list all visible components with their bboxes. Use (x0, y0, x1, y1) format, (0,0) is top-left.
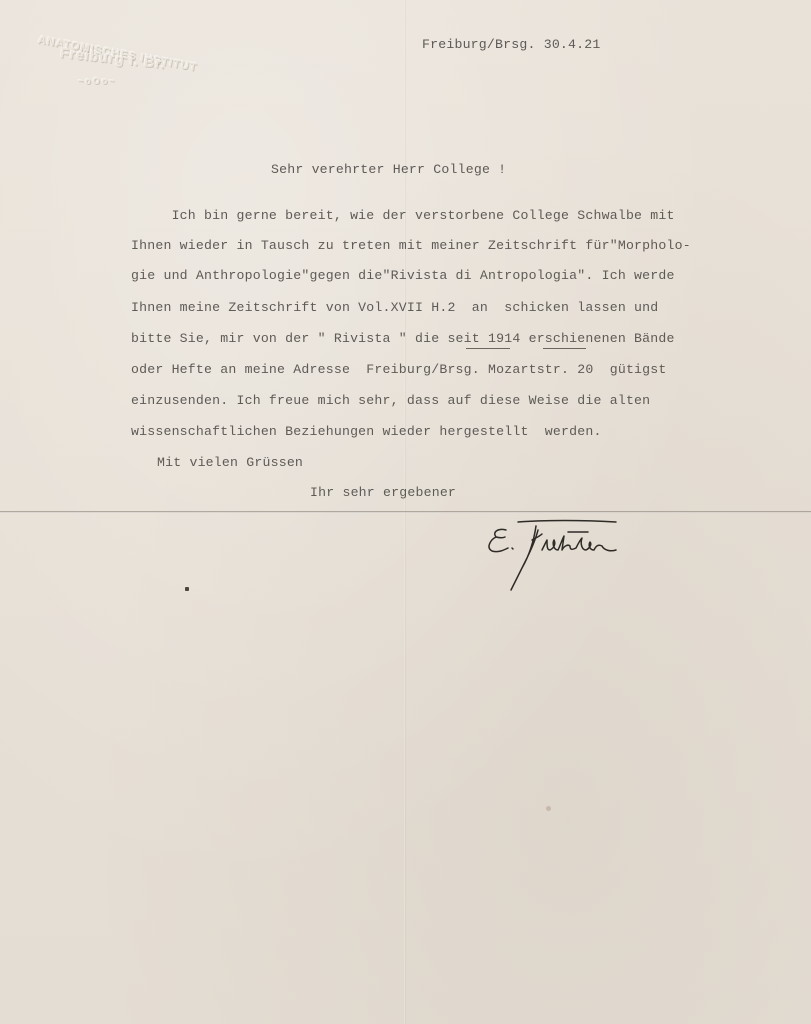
paper-stain (546, 806, 551, 811)
ink-speck (185, 587, 189, 591)
horizontal-fold-crease (0, 511, 811, 513)
handwritten-signature (484, 510, 634, 600)
body-line: Ihnen wieder in Tausch zu treten mit mei… (131, 238, 691, 253)
salutation: Sehr verehrter Herr College ! (271, 162, 506, 177)
regards-line: Ihr sehr ergebener (310, 485, 456, 500)
handwritten-underline-die (466, 348, 510, 349)
stamp-line-ornament: ~oOo~ (78, 76, 117, 86)
handwritten-underline-1914 (543, 348, 586, 349)
closing-line: Mit vielen Grüssen (157, 455, 303, 470)
embossed-letterhead-stamp: ANATOMISCHES INSTITUT Freiburg i. Br. ~o… (30, 26, 230, 136)
body-line: wissenschaftlichen Beziehungen wieder he… (131, 424, 602, 439)
body-line: oder Hefte an meine Adresse Freiburg/Brs… (131, 362, 667, 377)
date-line: Freiburg/Brsg. 30.4.21 (422, 37, 601, 52)
body-line: einzusenden. Ich freue mich sehr, dass a… (131, 393, 650, 408)
body-line: bitte Sie, mir von der " Rivista " die s… (131, 331, 675, 346)
body-line: Ich bin gerne bereit, wie der verstorben… (131, 208, 675, 223)
body-line: gie und Anthropologie"gegen die"Rivista … (131, 268, 675, 283)
body-line: Ihnen meine Zeitschrift von Vol.XVII H.2… (131, 300, 658, 315)
